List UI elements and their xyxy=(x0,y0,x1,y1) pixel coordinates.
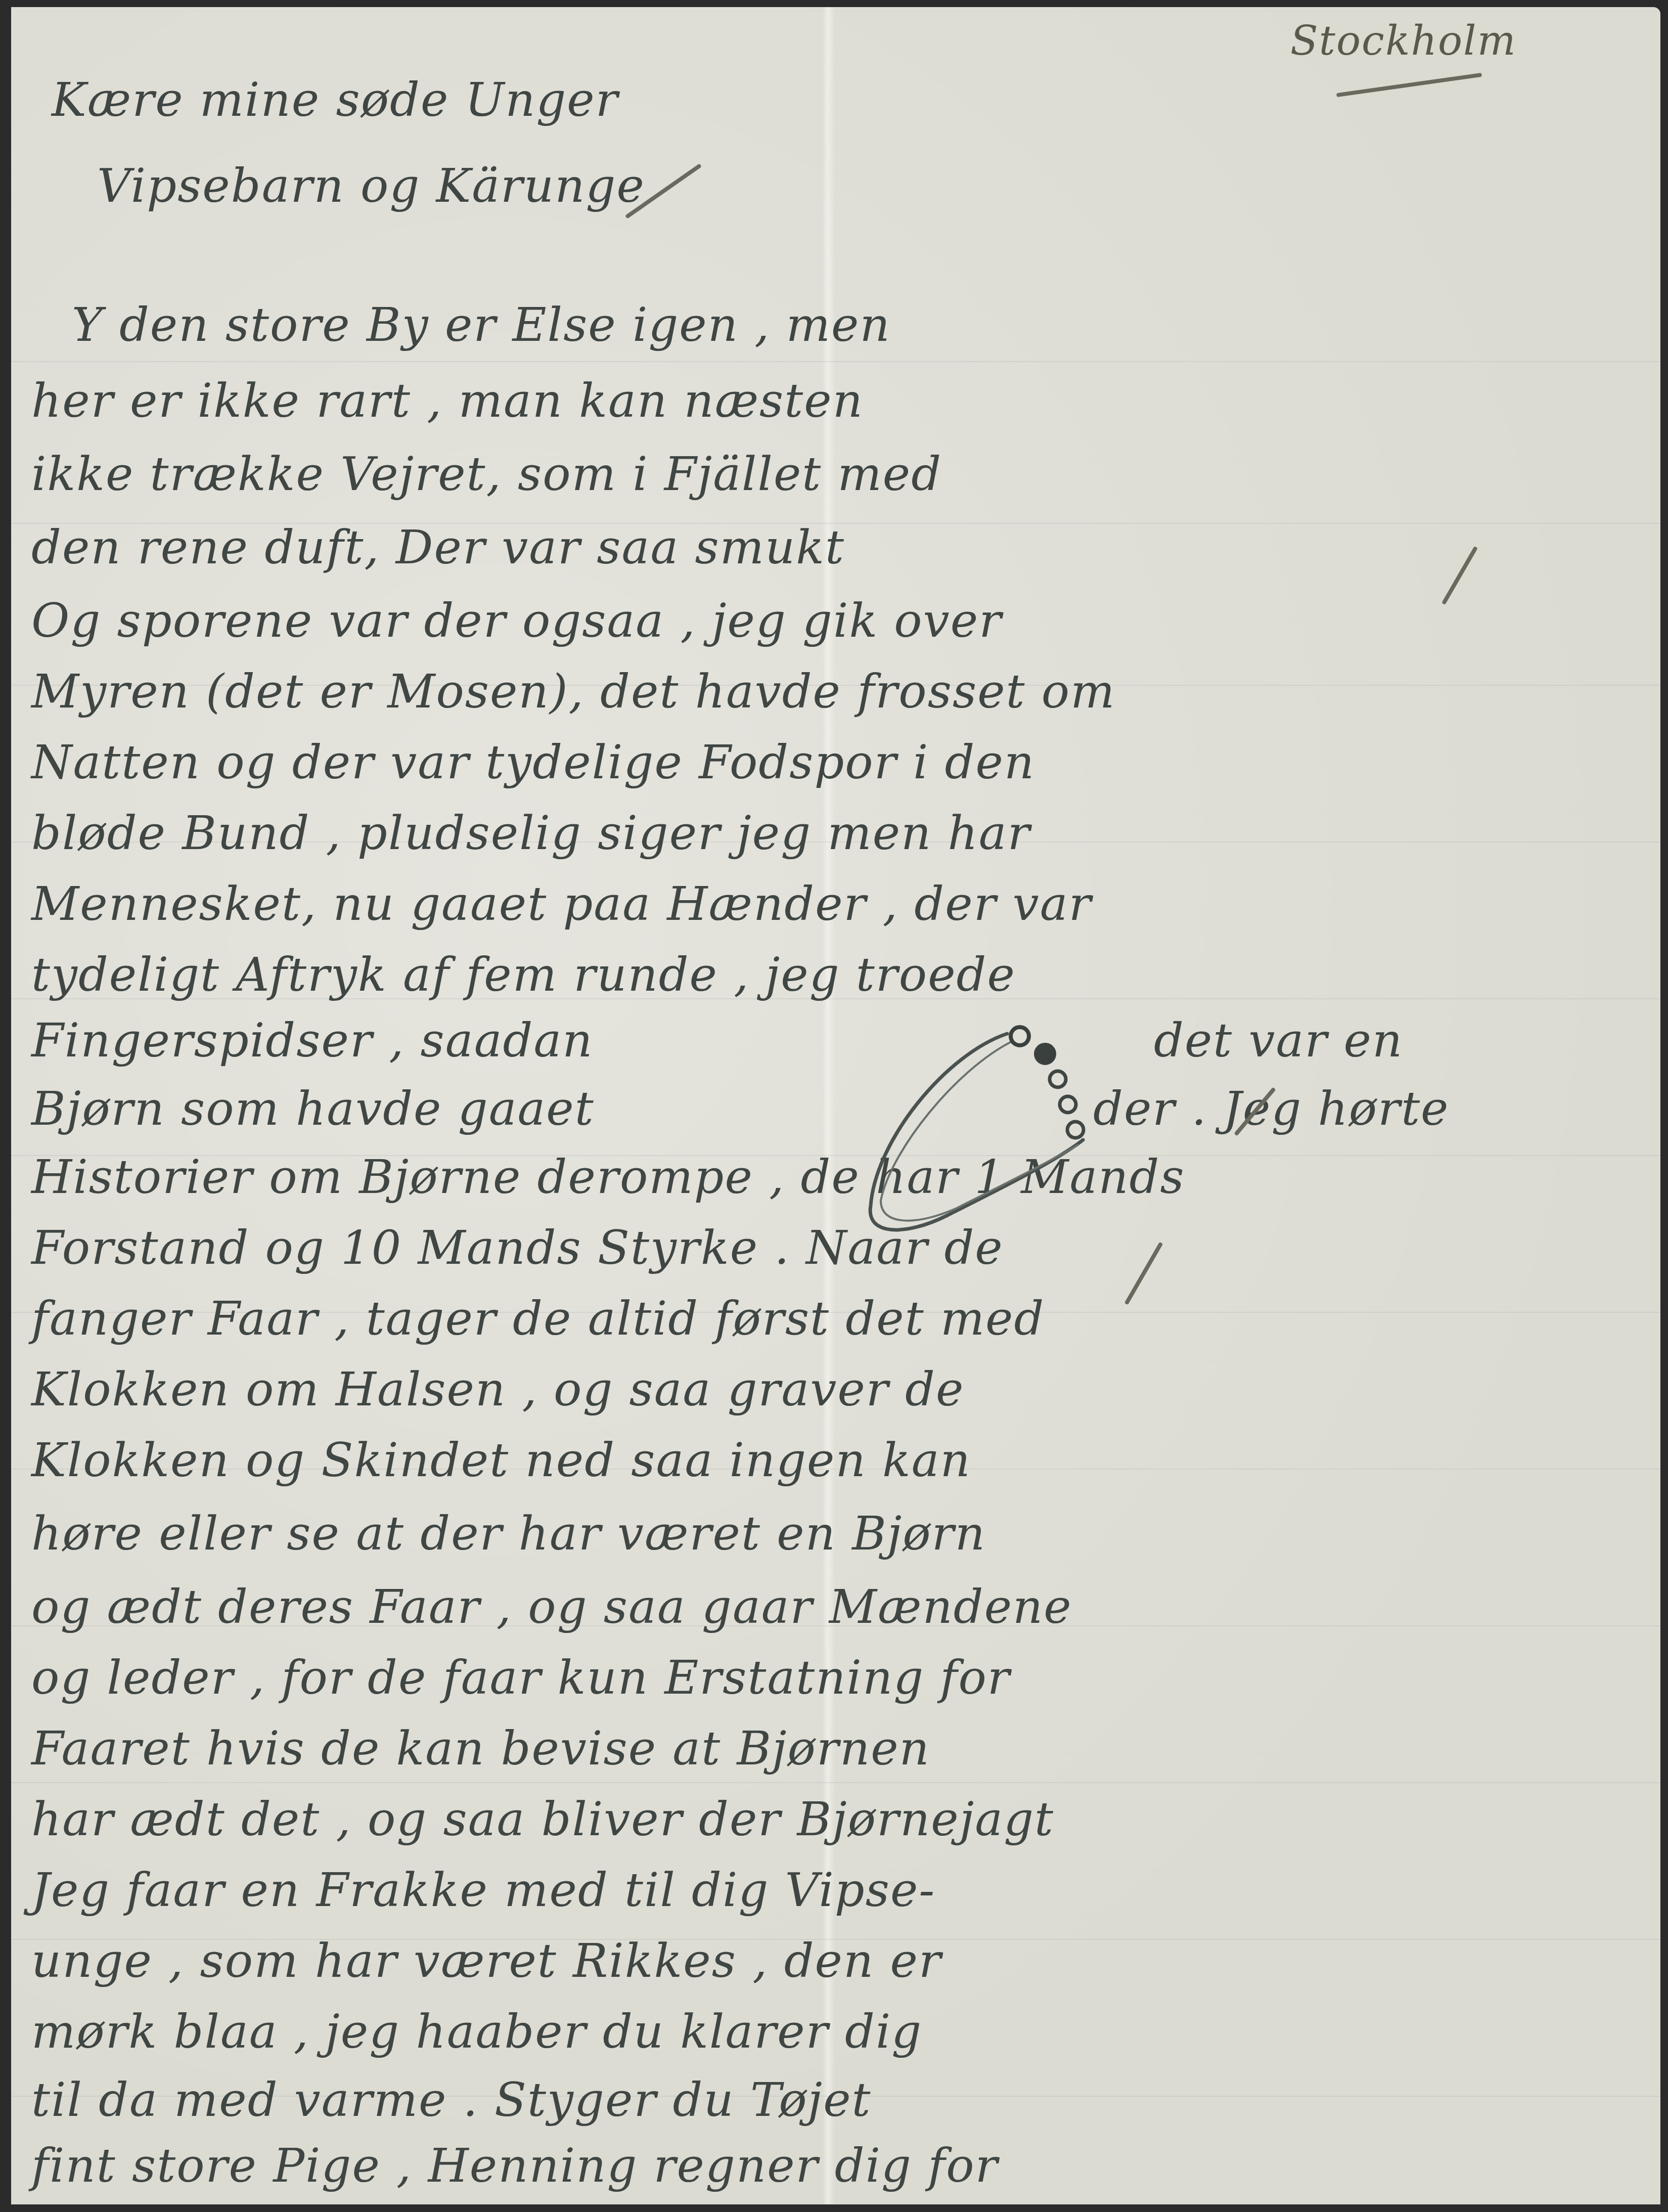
body-line: Mennesket, nu gaaet paa Hænder , der var xyxy=(31,877,1092,931)
body-line: Klokken og Skindet ned saa ingen kan xyxy=(31,1433,971,1487)
body-line: mørk blaa , jeg haaber du klarer dig xyxy=(31,2005,922,2059)
place-underline-stroke xyxy=(1336,73,1482,97)
body-line: Y den store By er Else igen , men xyxy=(72,298,891,352)
body-line: til da med varme . Styger du Tøjet xyxy=(31,2073,872,2127)
body-line: Faaret hvis de kan bevise at Bjørnen xyxy=(31,1721,930,1776)
body-line: Fingerspidser , saadan xyxy=(31,1013,594,1068)
body-line: Klokken om Halsen , og saa graver de xyxy=(31,1362,964,1417)
body-line: høre eller se at der har været en Bjørn xyxy=(31,1507,986,1561)
dash-stroke xyxy=(1441,546,1478,605)
body-line: Jeg faar en Frakke med til dig Vipse- xyxy=(31,1863,935,1917)
letter-page: Stockholm Kære mine søde Unger Vipsebarn… xyxy=(11,7,1660,2204)
body-line: Og sporene var der ogsaa , jeg gik over xyxy=(31,594,1002,648)
body-line: tydeligt Aftryk af fem runde , jeg troed… xyxy=(31,948,1016,1002)
body-line: Bjørn som havde gaaet xyxy=(31,1082,595,1136)
body-line: og ædt deres Faar , og saa gaar Mændene xyxy=(31,1580,1072,1634)
body-line: bløde Bund , pludselig siger jeg men har xyxy=(31,806,1031,860)
body-line: unge , som har været Rikkes , den er xyxy=(31,1934,942,1988)
body-line: Natten og der var tydelige Fodspor i den xyxy=(31,735,1035,789)
body-line: fanger Faar , tager de altid først det m… xyxy=(31,1292,1045,1346)
ruled-line xyxy=(11,361,1660,362)
dash-stroke xyxy=(1124,1242,1163,1305)
body-line: Myren (det er Mosen), det havde frosset … xyxy=(31,665,1115,719)
body-line: her er ikke rart , man kan næsten xyxy=(31,374,864,428)
salutation-line-2: Vipsebarn og Kärunge xyxy=(97,159,645,213)
body-line: den rene duft, Der var saa smukt xyxy=(31,520,845,574)
salutation-line-1: Kære mine søde Unger xyxy=(52,73,619,127)
body-line: fint store Pige , Henning regner dig for xyxy=(31,2139,999,2193)
body-line: og leder , for de faar kun Erstatning fo… xyxy=(31,1651,1011,1705)
body-line: ikke trække Vejret, som i Fjället med xyxy=(31,447,942,501)
place-header: Stockholm xyxy=(1290,17,1517,64)
body-line: har ædt det , og saa bliver der Bjørneja… xyxy=(31,1792,1054,1846)
ruled-line xyxy=(11,1782,1660,1783)
body-line-continuation: det var en xyxy=(1154,1013,1403,1068)
bear-paw-drawing-icon xyxy=(845,1013,1129,1246)
